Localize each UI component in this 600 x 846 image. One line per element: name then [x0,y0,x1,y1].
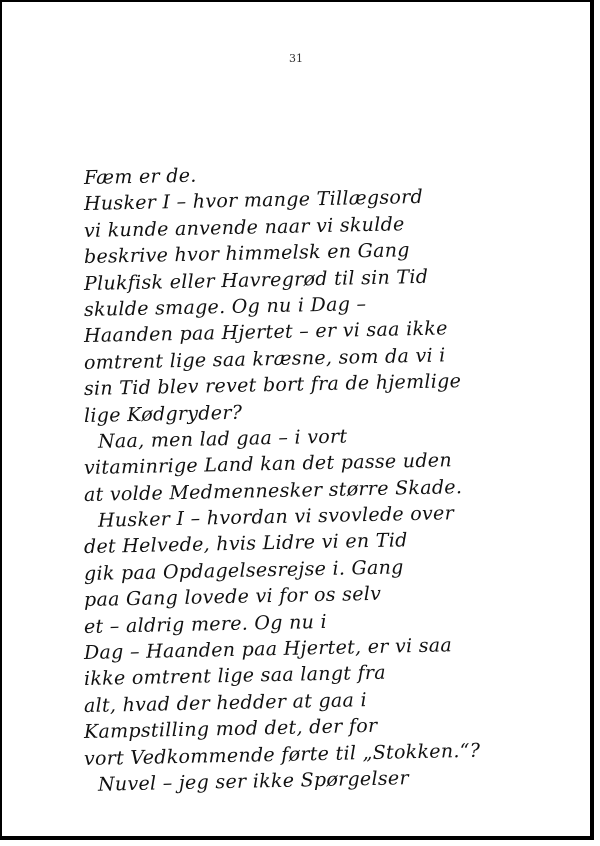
page-number: 31 [2,52,590,65]
manuscript-page: 31 Fæm er de.Husker I – hvor mange Tillæ… [0,0,594,840]
handwritten-text-block: Fæm er de.Husker I – hvor mange Tillægso… [84,165,554,798]
